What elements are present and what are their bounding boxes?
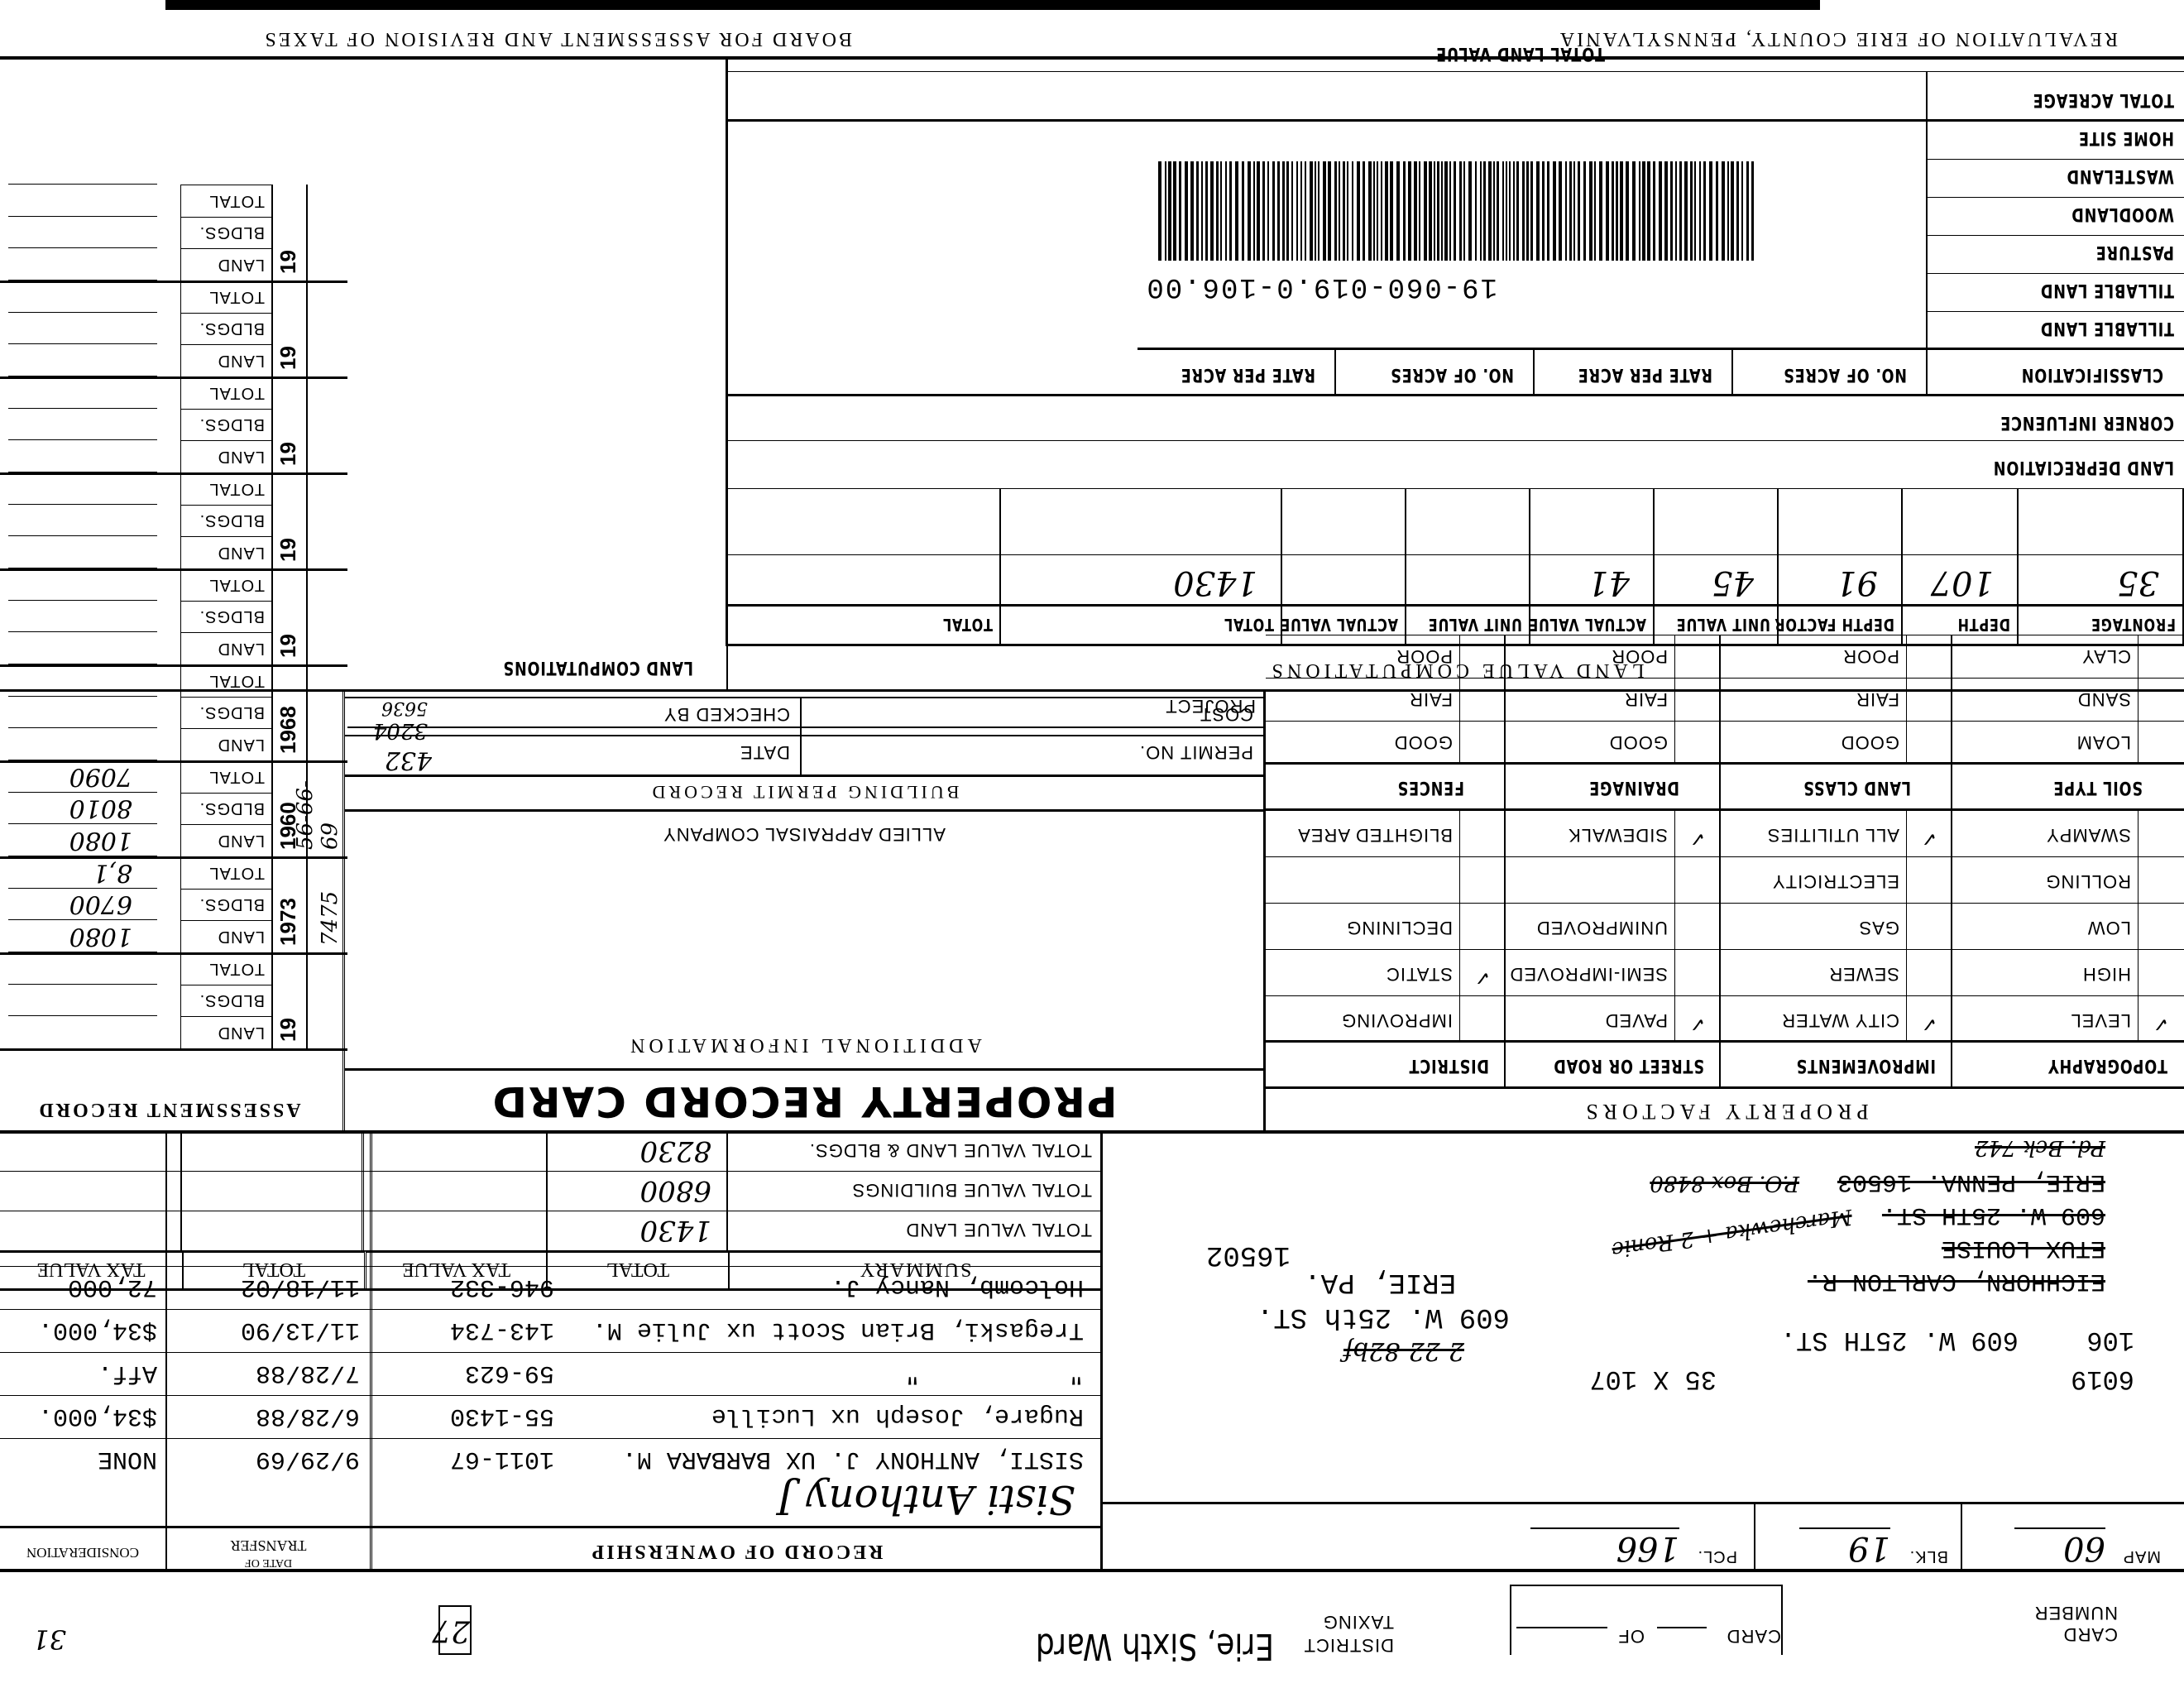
acre-column-divider	[1926, 72, 1928, 396]
consideration: $34,000.	[38, 1402, 157, 1430]
assessment-label-cell	[180, 505, 271, 537]
pcl-value: 166	[1530, 1527, 1679, 1567]
acre-row-label: HOME SITE	[2078, 127, 2174, 148]
barcode-bar	[1323, 161, 1326, 261]
acre-column-divider	[1533, 350, 1535, 396]
divider	[1266, 762, 2184, 765]
land-value-header: UNIT VALUE	[1676, 615, 1770, 635]
barcode-bar	[1429, 161, 1432, 261]
barcode-bar	[1751, 161, 1754, 261]
owner-name: Tregaski, Brian Scott ux Julie M.	[592, 1316, 1084, 1344]
struck-owner-name: EICHHORN, CARLTON R.	[1808, 1267, 2105, 1295]
map-blk-pcl-row: MAP 60 BLK. 19 PCL. 166	[1100, 1502, 2184, 1572]
assessment-value: 8010	[69, 794, 132, 822]
pf-header: DISTRICT	[1409, 1055, 1489, 1076]
barcode-bar	[1459, 161, 1462, 261]
assessment-year: 19	[275, 250, 301, 274]
barcode	[1092, 161, 1754, 261]
barcode-bar	[1396, 161, 1400, 261]
barcode-bar	[1642, 161, 1645, 261]
assessment-line	[8, 696, 157, 697]
barcode-bar	[1736, 161, 1739, 261]
barcode-bar	[1480, 161, 1482, 261]
land-value-header: ACTUAL VALUE	[1528, 615, 1646, 635]
barcode-bar	[1703, 161, 1706, 261]
pf-item: ROLLING	[2045, 870, 2131, 892]
divider	[1928, 311, 2184, 312]
map-label: MAP	[2123, 1547, 2161, 1566]
property-record-card: CARD NUMBER CARD OF DISTRICT TAXING Erie…	[0, 0, 2184, 1688]
acre-row-label: PASTURE	[2095, 242, 2174, 262]
barcode-bar	[1229, 161, 1232, 261]
pf-item: ALL UTILITIES	[1767, 824, 1899, 846]
barcode-bar	[1463, 161, 1465, 261]
card-label: CARD	[1727, 1625, 1781, 1647]
summary-row-label: TOTAL VALUE BUILDINGS	[852, 1179, 1092, 1201]
pf-column-divider	[1951, 635, 1952, 1089]
pf-column-divider	[1504, 635, 1506, 1089]
pf-check-mark: ✓	[1913, 1013, 1946, 1036]
barcode-bar	[1483, 161, 1486, 261]
assessment-year: 19	[275, 538, 301, 562]
property-factors-section: PROPERTY FACTORS TOPOGRAPHYIMPROVEMENTSS…	[1266, 692, 2184, 1130]
pf-item: ELECTRICITY	[1772, 870, 1899, 892]
card-of-blank-2	[1516, 1627, 1607, 1628]
ownership-row: SISTI, ANTHONY J. UX BARBARA M.1011-679/…	[0, 1438, 1100, 1481]
barcode-bar	[1497, 161, 1499, 261]
assessment-year: 1973	[275, 898, 301, 946]
project-label: PROJECT	[1165, 695, 1256, 717]
divider	[1266, 808, 2184, 811]
permit-no-label: PERMIT NO.	[1139, 741, 1253, 763]
barcode-bar	[1454, 161, 1456, 261]
boxed-number: 27	[438, 1605, 472, 1655]
summary-row: TOTAL VALUE LAND & BLDGS.8230	[0, 1131, 1100, 1171]
struck-owner-street: 609 W. 25TH ST.	[1882, 1201, 2105, 1229]
assessment-block: 1968LANDBLDGS.TOTAL	[0, 667, 347, 763]
acre-column-divider	[1731, 350, 1733, 396]
assessment-block: 19LANDBLDGS.TOTAL	[0, 379, 347, 475]
blk-label: BLK.	[1909, 1547, 1948, 1566]
barcode-bar	[1286, 161, 1289, 261]
pf-check-divider	[1459, 857, 1460, 904]
barcode-bar	[1282, 161, 1285, 261]
barcode-bar	[1257, 161, 1260, 261]
assessment-side-cell	[306, 376, 347, 472]
property-factors-title: PROPERTY FACTORS	[1266, 1099, 2184, 1124]
land-value-cell: 35	[2117, 563, 2159, 602]
pf-header-2: DRAINAGE	[1588, 777, 1679, 798]
map-field: MAP 60	[1961, 1502, 2184, 1572]
blk-value: 19	[1799, 1527, 1890, 1567]
divider	[1928, 197, 2184, 198]
land-value-header: ACTUAL VALUE	[1280, 615, 1398, 635]
barcode-bar	[1173, 161, 1176, 261]
additional-info-label: ADDITIONAL INFORMATION	[345, 1033, 1263, 1056]
consideration: Aff.	[98, 1359, 157, 1387]
pf-item: HIGH	[2082, 963, 2131, 985]
project-field: PROJECT	[347, 690, 1266, 728]
barcode-bar	[1690, 161, 1693, 261]
barcode-bar	[1675, 161, 1677, 261]
transfer-label: TRANSFER	[167, 1537, 370, 1554]
assessment-line	[8, 631, 157, 632]
summary-row-label: TOTAL VALUE LAND	[906, 1219, 1092, 1240]
assessment-block: 19LANDBLDGS.TOTAL	[0, 475, 347, 571]
pf-item: IMPROVING	[1341, 1009, 1453, 1031]
pf-header: TOPOGRAPHY	[2047, 1055, 2167, 1076]
barcode-bar	[1547, 161, 1549, 261]
assessment-line	[8, 312, 157, 313]
assessment-line	[8, 792, 157, 793]
summary-divider	[180, 1131, 182, 1171]
acre-row-label: TILLABLE LAND	[2040, 318, 2174, 338]
consideration: $34,000.	[38, 1316, 157, 1344]
barcode-bar	[1536, 161, 1540, 261]
struck-handwritten-note: Pd. Bck 742	[1975, 1135, 2105, 1160]
barcode-bar	[1385, 161, 1388, 261]
assessment-line	[8, 919, 157, 920]
assessment-line	[8, 439, 157, 440]
barcode-bar	[1506, 161, 1507, 261]
acre-header: NO. OF ACRES	[1783, 364, 1907, 385]
barcode-bar	[1300, 161, 1302, 261]
pcl-label: PCL.	[1698, 1547, 1737, 1566]
summary-row-label: TOTAL VALUE LAND & BLDGS.	[809, 1139, 1092, 1161]
acre-header: RATE PER ACRE	[1578, 364, 1712, 385]
barcode-bar	[1262, 161, 1265, 261]
current-address-city: ERIE, PA.	[1304, 1266, 1456, 1297]
date-label: DATE	[740, 741, 790, 763]
pf-check-divider	[1459, 811, 1460, 857]
assessment-label-cell	[180, 856, 271, 889]
barcode-bar	[1201, 161, 1203, 261]
acre-header: NO. OF ACRES	[1390, 364, 1514, 385]
pf-header-2: SOIL TYPE	[2053, 777, 2143, 798]
land-value-cell: 107	[1931, 563, 1994, 602]
barcode-bar	[1559, 161, 1562, 261]
transfer-date: 7/28/88	[256, 1359, 360, 1387]
struck-owner-etux: ETUX LOUISE	[1942, 1234, 2105, 1262]
lv-column-divider	[999, 489, 1001, 646]
barcode-bar	[1475, 161, 1477, 261]
assessment-side-cell	[306, 472, 347, 568]
barcode-bar	[1526, 161, 1529, 261]
ownership-title: RECORD OF OWNERSHIP	[372, 1540, 1100, 1562]
date-of-transfer-header: DATE OF TRANSFER	[165, 1526, 372, 1571]
barcode-bar	[1390, 161, 1393, 261]
divider	[1137, 348, 2184, 350]
acre-row-label: WASTELAND	[2067, 165, 2174, 186]
pf-item: PAVED	[1605, 1009, 1668, 1031]
divider	[728, 119, 2184, 122]
transfer-date: 6/28/88	[256, 1402, 360, 1430]
barcode-bar	[1731, 161, 1734, 261]
pf-check-divider	[2138, 722, 2138, 765]
divider	[728, 644, 2184, 646]
barcode-bar	[1165, 161, 1166, 261]
assessment-label-cell	[180, 824, 271, 856]
building-permit-title: BUILDING PERMIT RECORD	[345, 781, 1263, 803]
barcode-bar	[1468, 161, 1472, 261]
assessment-label-cell	[180, 217, 271, 249]
land-value-cell: 1430	[1173, 563, 1257, 602]
assessment-line	[8, 888, 157, 889]
barcode-bar	[1569, 161, 1572, 261]
barcode-bar	[1441, 161, 1443, 261]
summary-col-total-2: TOTAL	[182, 1250, 364, 1288]
barcode-bar	[1242, 161, 1244, 261]
lv-column-divider	[2017, 489, 2019, 646]
barcode-bar	[1328, 161, 1331, 261]
divider	[1266, 635, 2184, 635]
pf-check-divider	[1674, 722, 1675, 765]
assessment-side-cell	[306, 568, 347, 664]
pf-item: STATIC	[1386, 963, 1453, 985]
struck-owner-city: ERIE, PENNA. 16503	[1837, 1168, 2105, 1196]
barcode-bar	[1620, 161, 1623, 261]
barcode-bar	[1694, 161, 1696, 261]
pf-check-divider	[2138, 857, 2138, 904]
ownership-row: " "59-6237/28/88Aff.	[0, 1352, 1100, 1395]
barcode-bar	[1530, 161, 1533, 261]
barcode-bar	[1352, 161, 1353, 261]
assessment-year: 1968	[275, 706, 301, 754]
barcode-bar	[1573, 161, 1575, 261]
assessment-label-cell	[180, 472, 271, 505]
lv-column-divider	[1529, 489, 1530, 646]
barcode-bar	[1493, 161, 1495, 261]
barcode-bar	[1612, 161, 1614, 261]
barcode-bar	[1516, 161, 1519, 261]
assessment-side-cell	[306, 664, 347, 760]
summary-divider	[362, 1131, 364, 1171]
owner-name: Rugare, Joseph ux Lucille	[711, 1402, 1084, 1430]
barcode-bar	[1168, 161, 1171, 261]
barcode-bar	[1434, 161, 1435, 261]
pf-check-divider	[2138, 904, 2138, 950]
pf-check-mark: ✓	[1913, 827, 1946, 851]
card-of-blank-1	[1657, 1627, 1707, 1628]
barcode-bar	[1220, 161, 1222, 261]
summary-total-value: 1430	[639, 1214, 711, 1247]
pf-header: STREET OR ROAD	[1553, 1055, 1704, 1076]
barcode-bar	[1616, 161, 1618, 261]
assessment-year: 19	[275, 1018, 301, 1042]
pf-item: SIDEWALK	[1568, 824, 1668, 846]
barcode-bar	[1670, 161, 1673, 261]
land-value-header: FRONTAGE	[2091, 615, 2176, 635]
date-of-label: DATE OF	[167, 1554, 370, 1571]
parcel-section: MAP 60 BLK. 19 PCL. 166 6019 106 609 W. …	[1100, 1134, 2184, 1572]
land-value-header: UNIT VALUE	[1428, 615, 1522, 635]
barcode-bar	[1437, 161, 1439, 261]
land-value-cell: 91	[1836, 563, 1878, 602]
assessment-label-cell	[180, 536, 271, 568]
assessment-side-cell	[306, 952, 347, 1048]
assessment-year: 19	[275, 634, 301, 658]
barcode-bar	[1179, 161, 1181, 261]
pf-item: GAS	[1859, 917, 1899, 938]
pf-check-mark: ✓	[1466, 966, 1499, 990]
ownership-row: Rugare, Joseph ux Lucille55-14306/28/88$…	[0, 1395, 1100, 1438]
land-value-title-bar: LAND VALUE COMPUTATIONS	[728, 646, 2184, 689]
barcode-bar	[1414, 161, 1417, 261]
summary-divider	[180, 1211, 182, 1250]
barcode-bar	[1310, 161, 1313, 261]
barcode-bar	[1594, 161, 1596, 261]
barcode-bar	[1599, 161, 1602, 261]
barcode-bar	[1318, 161, 1319, 261]
taxing-district-label: DISTRICT TAXING	[1304, 1610, 1394, 1657]
pf-item: SEMI-IMPROVED	[1510, 963, 1668, 985]
barcode-bar	[1210, 161, 1214, 261]
acreage-table: LAND DEPRECIATIONCORNER INFLUENCECLASSIF…	[728, 87, 2184, 484]
barcode-bar	[1253, 161, 1255, 261]
pf-check-divider	[2138, 811, 2138, 857]
barcode-bar	[1373, 161, 1375, 261]
assessment-line	[8, 600, 157, 601]
summary-row: TOTAL VALUE LAND1430	[0, 1211, 1100, 1250]
barcode-bar	[1502, 161, 1504, 261]
taxing-district-label-line2: DISTRICT	[1304, 1633, 1394, 1657]
acre-header: RATE PER ACRE	[1181, 364, 1315, 385]
assessment-year: 1960	[275, 802, 301, 850]
divider	[1928, 235, 2184, 236]
pf-check-divider	[1674, 904, 1675, 950]
barcode-bar	[1216, 161, 1219, 261]
barcode-bar	[1381, 161, 1382, 261]
assessment-label-cell	[180, 281, 271, 313]
deed-book-page: 55-1430	[450, 1402, 554, 1430]
pf-check-divider	[1674, 996, 1675, 1043]
pf-item: LEVEL	[2071, 1009, 2132, 1031]
corner-number: 31	[32, 1623, 66, 1655]
assessment-label-cell	[180, 760, 271, 793]
struck-handwritten-name: Marchewka + 2 Ronic	[1611, 1204, 1854, 1262]
struck-date: 2-22-82bf	[1343, 1336, 1464, 1365]
barcode-bar	[1363, 161, 1365, 261]
assessment-line	[8, 216, 157, 217]
of-label: OF	[1617, 1625, 1645, 1647]
land-value-cell: 45	[1712, 563, 1754, 602]
main-title-bar: PROPERTY RECORD CARD	[345, 1068, 1263, 1130]
divider	[728, 604, 2184, 607]
land-computations-title: LAND COMPUTATIONS	[503, 657, 693, 678]
lv-column-divider	[1777, 489, 1779, 646]
pf-item: SWAMPY	[2046, 824, 2131, 846]
pf-check-divider	[1906, 950, 1907, 996]
transfer-date: 9/29/69	[256, 1445, 360, 1473]
barcode-bar	[1315, 161, 1316, 261]
pf-item: CITY WATER	[1781, 1009, 1899, 1031]
barcode-bar	[1277, 161, 1280, 261]
assessment-block: 19LANDBLDGS.TOTAL	[0, 283, 347, 379]
pf-rating: GOOD	[1841, 731, 1899, 753]
assessment-label-cell	[180, 601, 271, 633]
divider	[1266, 903, 2184, 904]
assessment-label-cell	[180, 985, 271, 1017]
owner-name: SISTI, ANTHONY J. UX BARBARA M.	[622, 1445, 1084, 1473]
barcode-bar	[1626, 161, 1629, 261]
assessment-value: 6700	[69, 890, 132, 918]
taxing-district-value: Erie, Sixth Ward	[1036, 1625, 1274, 1667]
assessment-label-cell	[180, 409, 271, 441]
barcode-bar	[1488, 161, 1492, 261]
land-computations-area	[347, 59, 728, 646]
barcode-bar	[1639, 161, 1640, 261]
barcode-bar	[1377, 161, 1378, 261]
board-title: BOARD FOR ASSESSMENT AND REVISION OF TAX…	[262, 27, 852, 50]
divider	[1928, 159, 2184, 160]
barcode-bar	[1727, 161, 1729, 261]
parcel-code: 6019	[2071, 1364, 2134, 1394]
barcode-bar	[1542, 161, 1545, 261]
land-value-cell: 41	[1588, 563, 1630, 602]
permit-no-field: PERMIT NO.	[800, 735, 1263, 774]
current-address-street: 609 W. 25th ST.	[1257, 1301, 1510, 1332]
summary-divider	[180, 1171, 182, 1211]
pf-header-2: LAND CLASS	[1803, 777, 1911, 798]
map-value: 60	[2014, 1527, 2105, 1567]
assessment-value: 1080	[69, 826, 132, 855]
acre-header: CLASSIFICATION	[2021, 364, 2163, 385]
blk-field: BLK. 19	[1754, 1502, 1961, 1572]
pf-check-divider	[1906, 996, 1907, 1043]
divider	[1266, 856, 2184, 857]
assessment-value: 7090	[69, 762, 132, 791]
divider	[1266, 995, 2184, 996]
divider	[728, 440, 2184, 441]
assessment-block: 19LANDBLDGS.TOTAL	[0, 571, 347, 667]
lv-column-divider	[1281, 489, 1282, 646]
summary-total-value: 8230	[639, 1134, 711, 1168]
pf-check-divider	[2138, 996, 2138, 1043]
barcode-bar	[1659, 161, 1662, 261]
barcode-bar	[1632, 161, 1636, 261]
consideration-header: CONSIDERATION	[0, 1544, 165, 1561]
lv-column-divider	[1405, 489, 1406, 646]
barcode-bar	[1509, 161, 1511, 261]
assessment-label-cell	[180, 889, 271, 921]
assessment-side-note: 7475	[318, 891, 342, 946]
assessment-label-cell	[180, 952, 271, 985]
assessment-label-cell	[180, 1016, 271, 1048]
barcode-bar	[1196, 161, 1199, 261]
barcode-bar	[1225, 161, 1227, 261]
divider	[1266, 949, 2184, 950]
assessment-line	[8, 535, 157, 536]
building-permit-bar: BUILDING PERMIT RECORD	[345, 774, 1263, 812]
deed-book-page: 1011-67	[450, 1445, 554, 1473]
pf-check-divider	[1674, 857, 1675, 904]
pf-check-divider	[1906, 722, 1907, 765]
corner-influence-label: CORNER INFLUENCE	[2000, 412, 2174, 433]
barcode-bar	[1235, 161, 1238, 261]
barcode-bar	[1343, 161, 1345, 261]
divider	[728, 394, 2184, 396]
summary-total-value: 6800	[639, 1174, 711, 1207]
barcode-bar	[1408, 161, 1411, 261]
acre-row-label: WOODLAND	[2071, 204, 2174, 224]
pf-check-divider	[1459, 950, 1460, 996]
assessment-label-cell	[180, 793, 271, 825]
assessment-year: 19	[275, 442, 301, 466]
pf-header-2: FENCES	[1397, 777, 1464, 798]
barcode-bar	[1296, 161, 1298, 261]
assessment-label-cell	[180, 248, 271, 281]
pf-item: BLIGHTED AREA	[1297, 824, 1453, 846]
